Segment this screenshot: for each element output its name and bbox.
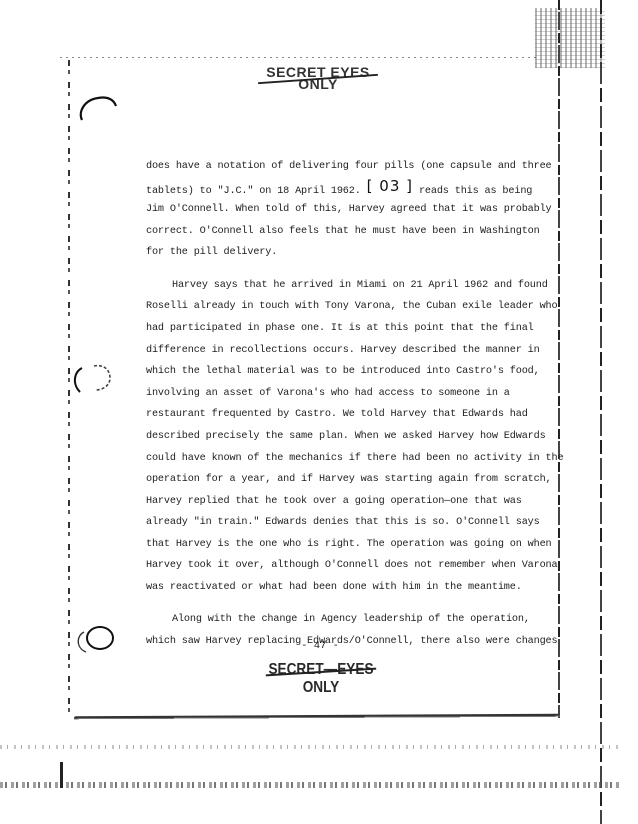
text-line: restaurant frequented by Castro. We told…	[146, 404, 546, 426]
scan-page-bottom-edge	[74, 714, 560, 722]
scan-bottom-band	[0, 745, 620, 749]
text-line: difference in recollections occurs. Harv…	[146, 340, 546, 362]
scan-bottom-band-lower	[0, 782, 620, 788]
text-line: operation for a year, and if Harvey was …	[146, 469, 546, 491]
page-number: - 47 -	[300, 640, 340, 652]
redaction-marker: [ 03 ]	[367, 177, 413, 195]
text-line: Roselli already in touch with Tony Varon…	[146, 296, 546, 318]
scan-corner-noise	[535, 8, 605, 68]
text-line: which saw Harvey replacing Edwards/O'Con…	[146, 631, 546, 653]
scan-left-border	[68, 60, 70, 720]
text-line: tablets) to "J.C." on 18 April 1962. [ 0…	[146, 178, 546, 200]
scan-right-border-inner	[558, 0, 560, 718]
punch-hole-icon	[74, 622, 124, 662]
classification-footer-text: SECRET—EYES ONLY	[268, 661, 373, 696]
punch-hole-icon	[72, 360, 122, 400]
text-line: Jim O'Connell. When told of this, Harvey…	[146, 199, 546, 221]
paragraph-2: Harvey says that he arrived in Miami on …	[146, 275, 546, 599]
text-line: described precisely the same plan. When …	[146, 426, 546, 448]
punch-hole-icon	[78, 90, 128, 130]
text-line: Harvey replied that he took over a going…	[146, 491, 546, 513]
text-line: involving an asset of Varona's who had a…	[146, 383, 546, 405]
text-line: Harvey took it over, although O'Connell …	[146, 555, 546, 577]
text-line: which the lethal material was to be intr…	[146, 361, 546, 383]
text-line: Harvey says that he arrived in Miami on …	[146, 275, 546, 297]
text-line: correct. O'Connell also feels that he mu…	[146, 221, 546, 243]
paragraph-gap	[146, 599, 546, 610]
classification-header-stamp: SECRET EYES ONLY	[258, 66, 378, 90]
scan-bottom-corner-mark	[60, 762, 63, 788]
paragraph-3: Along with the change in Agency leadersh…	[146, 609, 546, 652]
text-line: Along with the change in Agency leadersh…	[146, 609, 546, 631]
classification-footer-stamp: SECRET—EYES ONLY	[266, 661, 377, 685]
paragraph-gap	[146, 264, 546, 275]
text-line: was reactivated or what had been done wi…	[146, 577, 546, 599]
text-fragment: tablets) to "J.C." on 18 April 1962.	[146, 186, 361, 197]
paragraph-1: does have a notation of delivering four …	[146, 156, 546, 264]
scan-top-rule	[60, 57, 540, 58]
text-line: for the pill delivery.	[146, 242, 546, 264]
text-fragment: reads this as being	[413, 186, 532, 197]
scan-right-border-outer	[600, 0, 602, 824]
text-line: that Harvey is the one who is right. The…	[146, 534, 546, 556]
text-line: had participated in phase one. It is at …	[146, 318, 546, 340]
text-line: could have known of the mechanics if the…	[146, 448, 546, 470]
text-line: does have a notation of delivering four …	[146, 156, 546, 178]
document-body: does have a notation of delivering four …	[146, 156, 546, 653]
text-line: already "in train." Edwards denies that …	[146, 512, 546, 534]
